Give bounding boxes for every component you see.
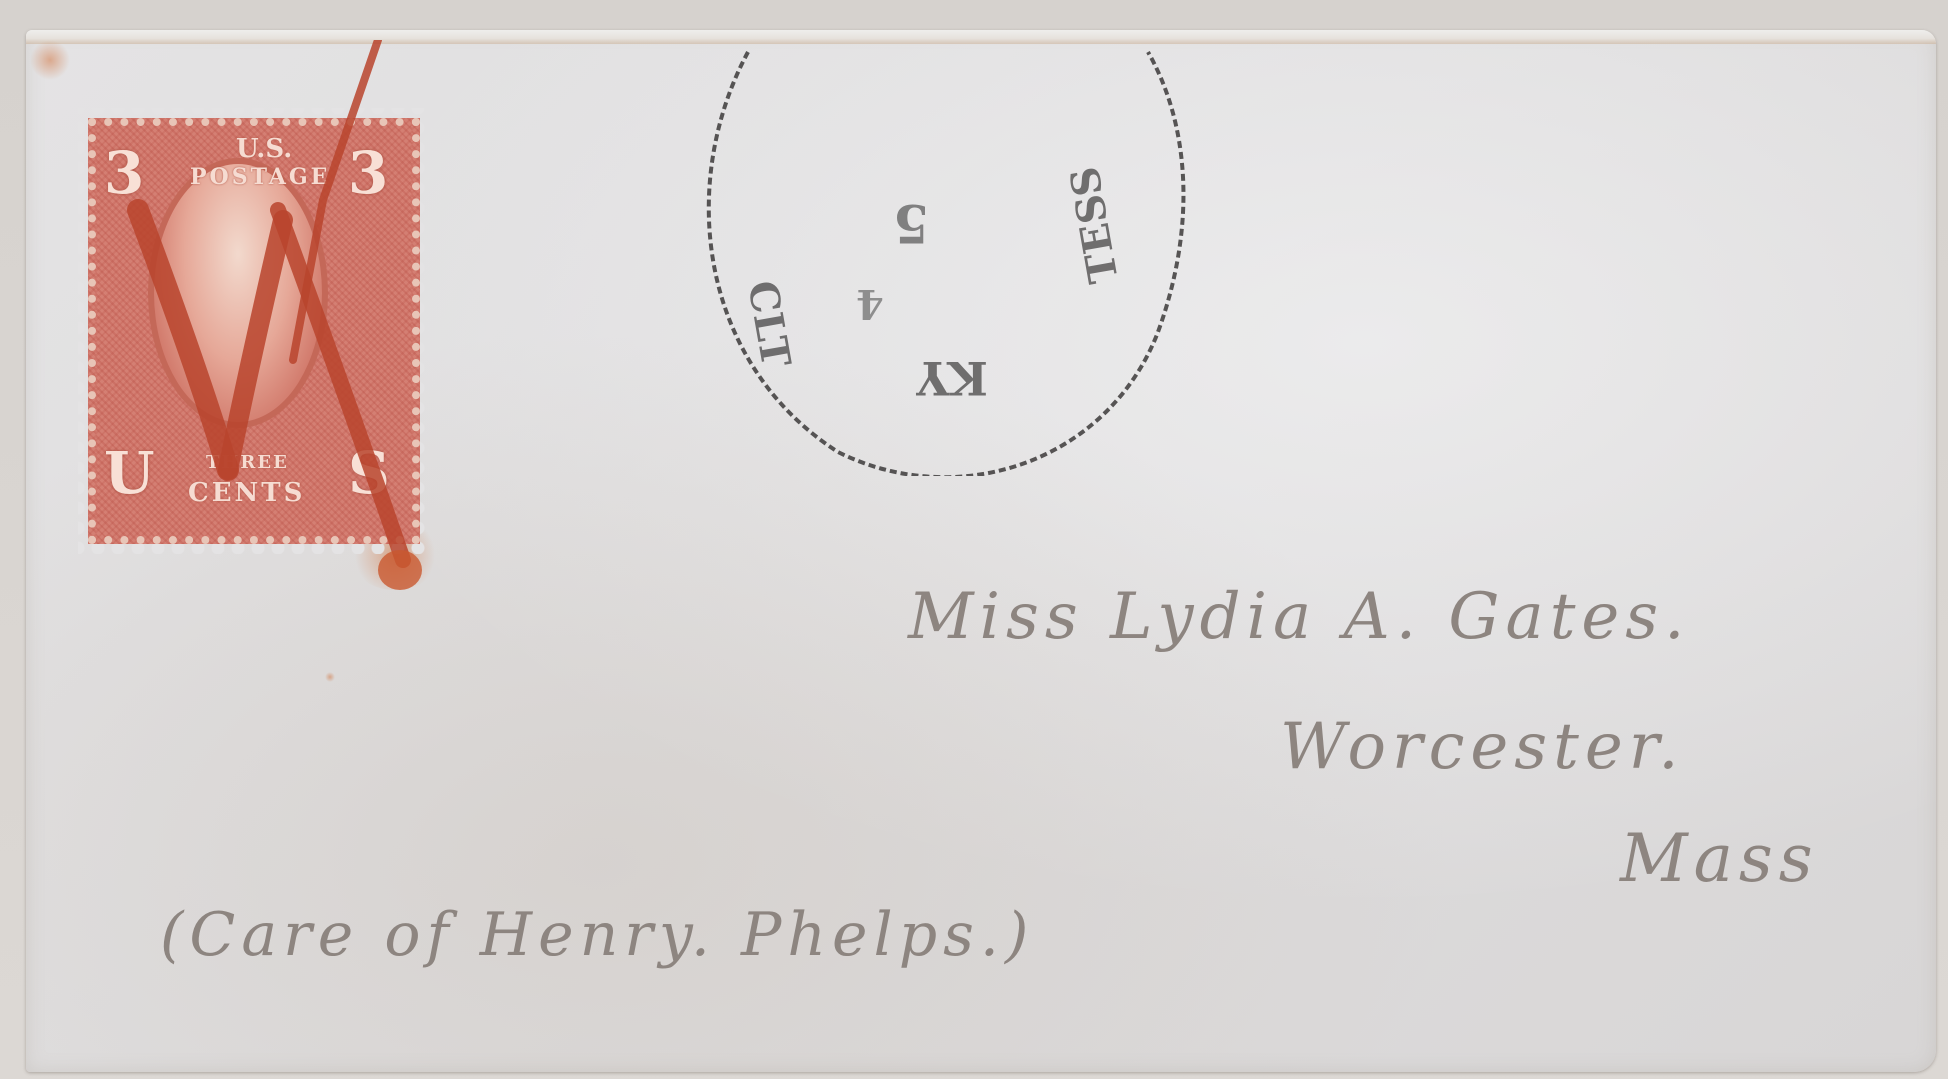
rust-stain [30,40,70,80]
postmark: KY TESS CLT 5 4 [688,42,1208,476]
stamp-banner-text: POSTAGE [190,164,330,190]
stamp-corner-bottom-right: S [348,444,390,502]
address-city: Worcester. [1280,710,1685,784]
rust-stain [325,672,335,682]
address-recipient: Miss Lydia A. Gates. [908,580,1690,654]
postmark-date-month: 4 [856,280,884,327]
stamp-value-text: THREE [206,452,289,473]
stamp-top-text: U.S. [236,134,292,164]
stamp-corner-bottom-left: U [104,444,155,502]
svg-text:CLT: CLT [738,277,799,371]
postage-stamp: U.S. POSTAGE 3 3 U S THREE CENTS [78,108,430,554]
svg-text:TESS: TESS [1061,163,1128,287]
photo-scene: U.S. POSTAGE 3 3 U S THREE CENTS KY TESS… [0,0,1948,1079]
address-state: Mass [1620,820,1819,897]
stamp-portrait-oval [148,158,328,428]
svg-text:KY: KY [915,351,988,405]
stamp-corner-top-right: 3 [348,144,388,202]
stamp-cents-text: CENTS [188,478,305,508]
postmark-circle-icon: KY TESS CLT [688,42,1208,476]
stamp-corner-top-left: 3 [104,144,144,202]
address-care-of: (Care of Henry. Phelps.) [160,900,1034,970]
postmark-date-day: 5 [893,192,929,253]
